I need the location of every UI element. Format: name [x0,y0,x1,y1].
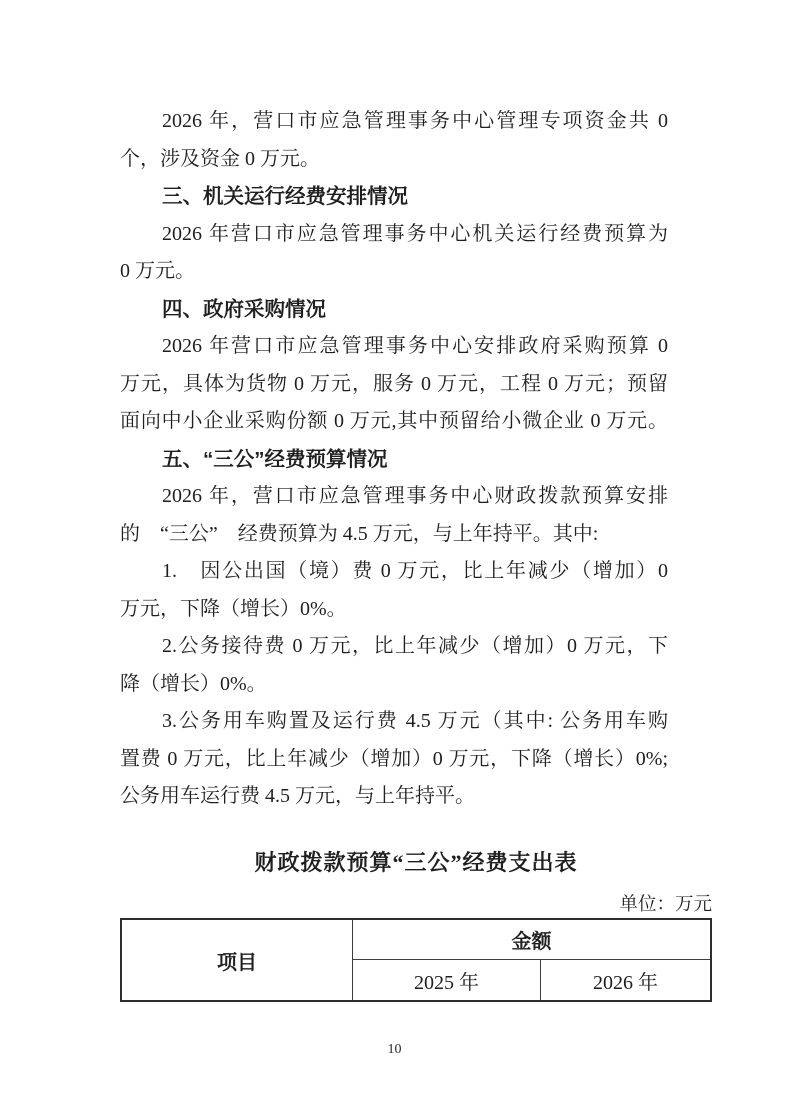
body-text-block: 2026 年，营口市应急管理事务中心管理专项资金共 0 个，涉及资金 0 万元。… [120,103,668,816]
para-item-3-vehicles-line-3: 公务用车运行费 4.5 万元，与上年持平。 [120,778,668,816]
table-header-item: 项目 [122,920,353,1000]
table-header-year-2025: 2025 年 [353,960,541,1000]
para-item-1-abroad-line-2: 万元，下降（增长）0%。 [120,591,668,629]
heading-section-4-government-procurement: 四、政府采购情况 [120,291,668,329]
table-header-amount: 金额 [353,920,710,960]
page-number: 10 [0,1042,789,1058]
table-unit-label: 单位：万元 [120,893,712,917]
para-special-funds-line-1: 2026 年，营口市应急管理事务中心管理专项资金共 0 [120,103,668,141]
para-item-2-reception-line-1: 2.公务接待费 0 万元，比上年减少（增加）0 万元，下 [120,628,668,666]
para-procurement-line-3: 面向中小企业采购份额 0 万元,其中预留给小微企业 0 万元。 [120,403,668,441]
para-item-3-vehicles-line-1: 3.公务用车购置及运行费 4.5 万元（其中: 公务用车购 [120,703,668,741]
three-public-expense-table: 项目 金额 2025 年 2026 年 [120,918,712,1002]
heading-section-3-agency-operating-costs: 三、机关运行经费安排情况 [120,178,668,216]
table-title: 财政拨款预算“三公”经费支出表 [120,848,712,878]
para-special-funds-line-2: 个，涉及资金 0 万元。 [120,141,668,179]
para-item-1-abroad-line-1: 1. 因公出国（境）费 0 万元，比上年减少（增加）0 [120,553,668,591]
para-operating-costs-line-1: 2026 年营口市应急管理事务中心机关运行经费预算为 [120,216,668,254]
document-page: 2026 年，营口市应急管理事务中心管理专项资金共 0 个，涉及资金 0 万元。… [0,0,789,1118]
heading-section-5-three-public-expenses: 五、“三公”经费预算情况 [120,441,668,479]
para-item-2-reception-line-2: 降（增长）0%。 [120,666,668,704]
para-item-3-vehicles-line-2: 置费 0 万元，比上年减少（增加）0 万元，下降（增长）0%; [120,741,668,779]
para-procurement-line-2: 万元，具体为货物 0 万元，服务 0 万元，工程 0 万元；预留 [120,366,668,404]
table-header-year-2026: 2026 年 [541,960,710,1000]
para-three-public-line-2: 的 “三公” 经费预算为 4.5 万元，与上年持平。其中: [120,516,668,554]
para-operating-costs-line-2: 0 万元。 [120,253,668,291]
para-three-public-line-1: 2026 年，营口市应急管理事务中心财政拨款预算安排 [120,478,668,516]
para-procurement-line-1: 2026 年营口市应急管理事务中心安排政府采购预算 0 [120,328,668,366]
